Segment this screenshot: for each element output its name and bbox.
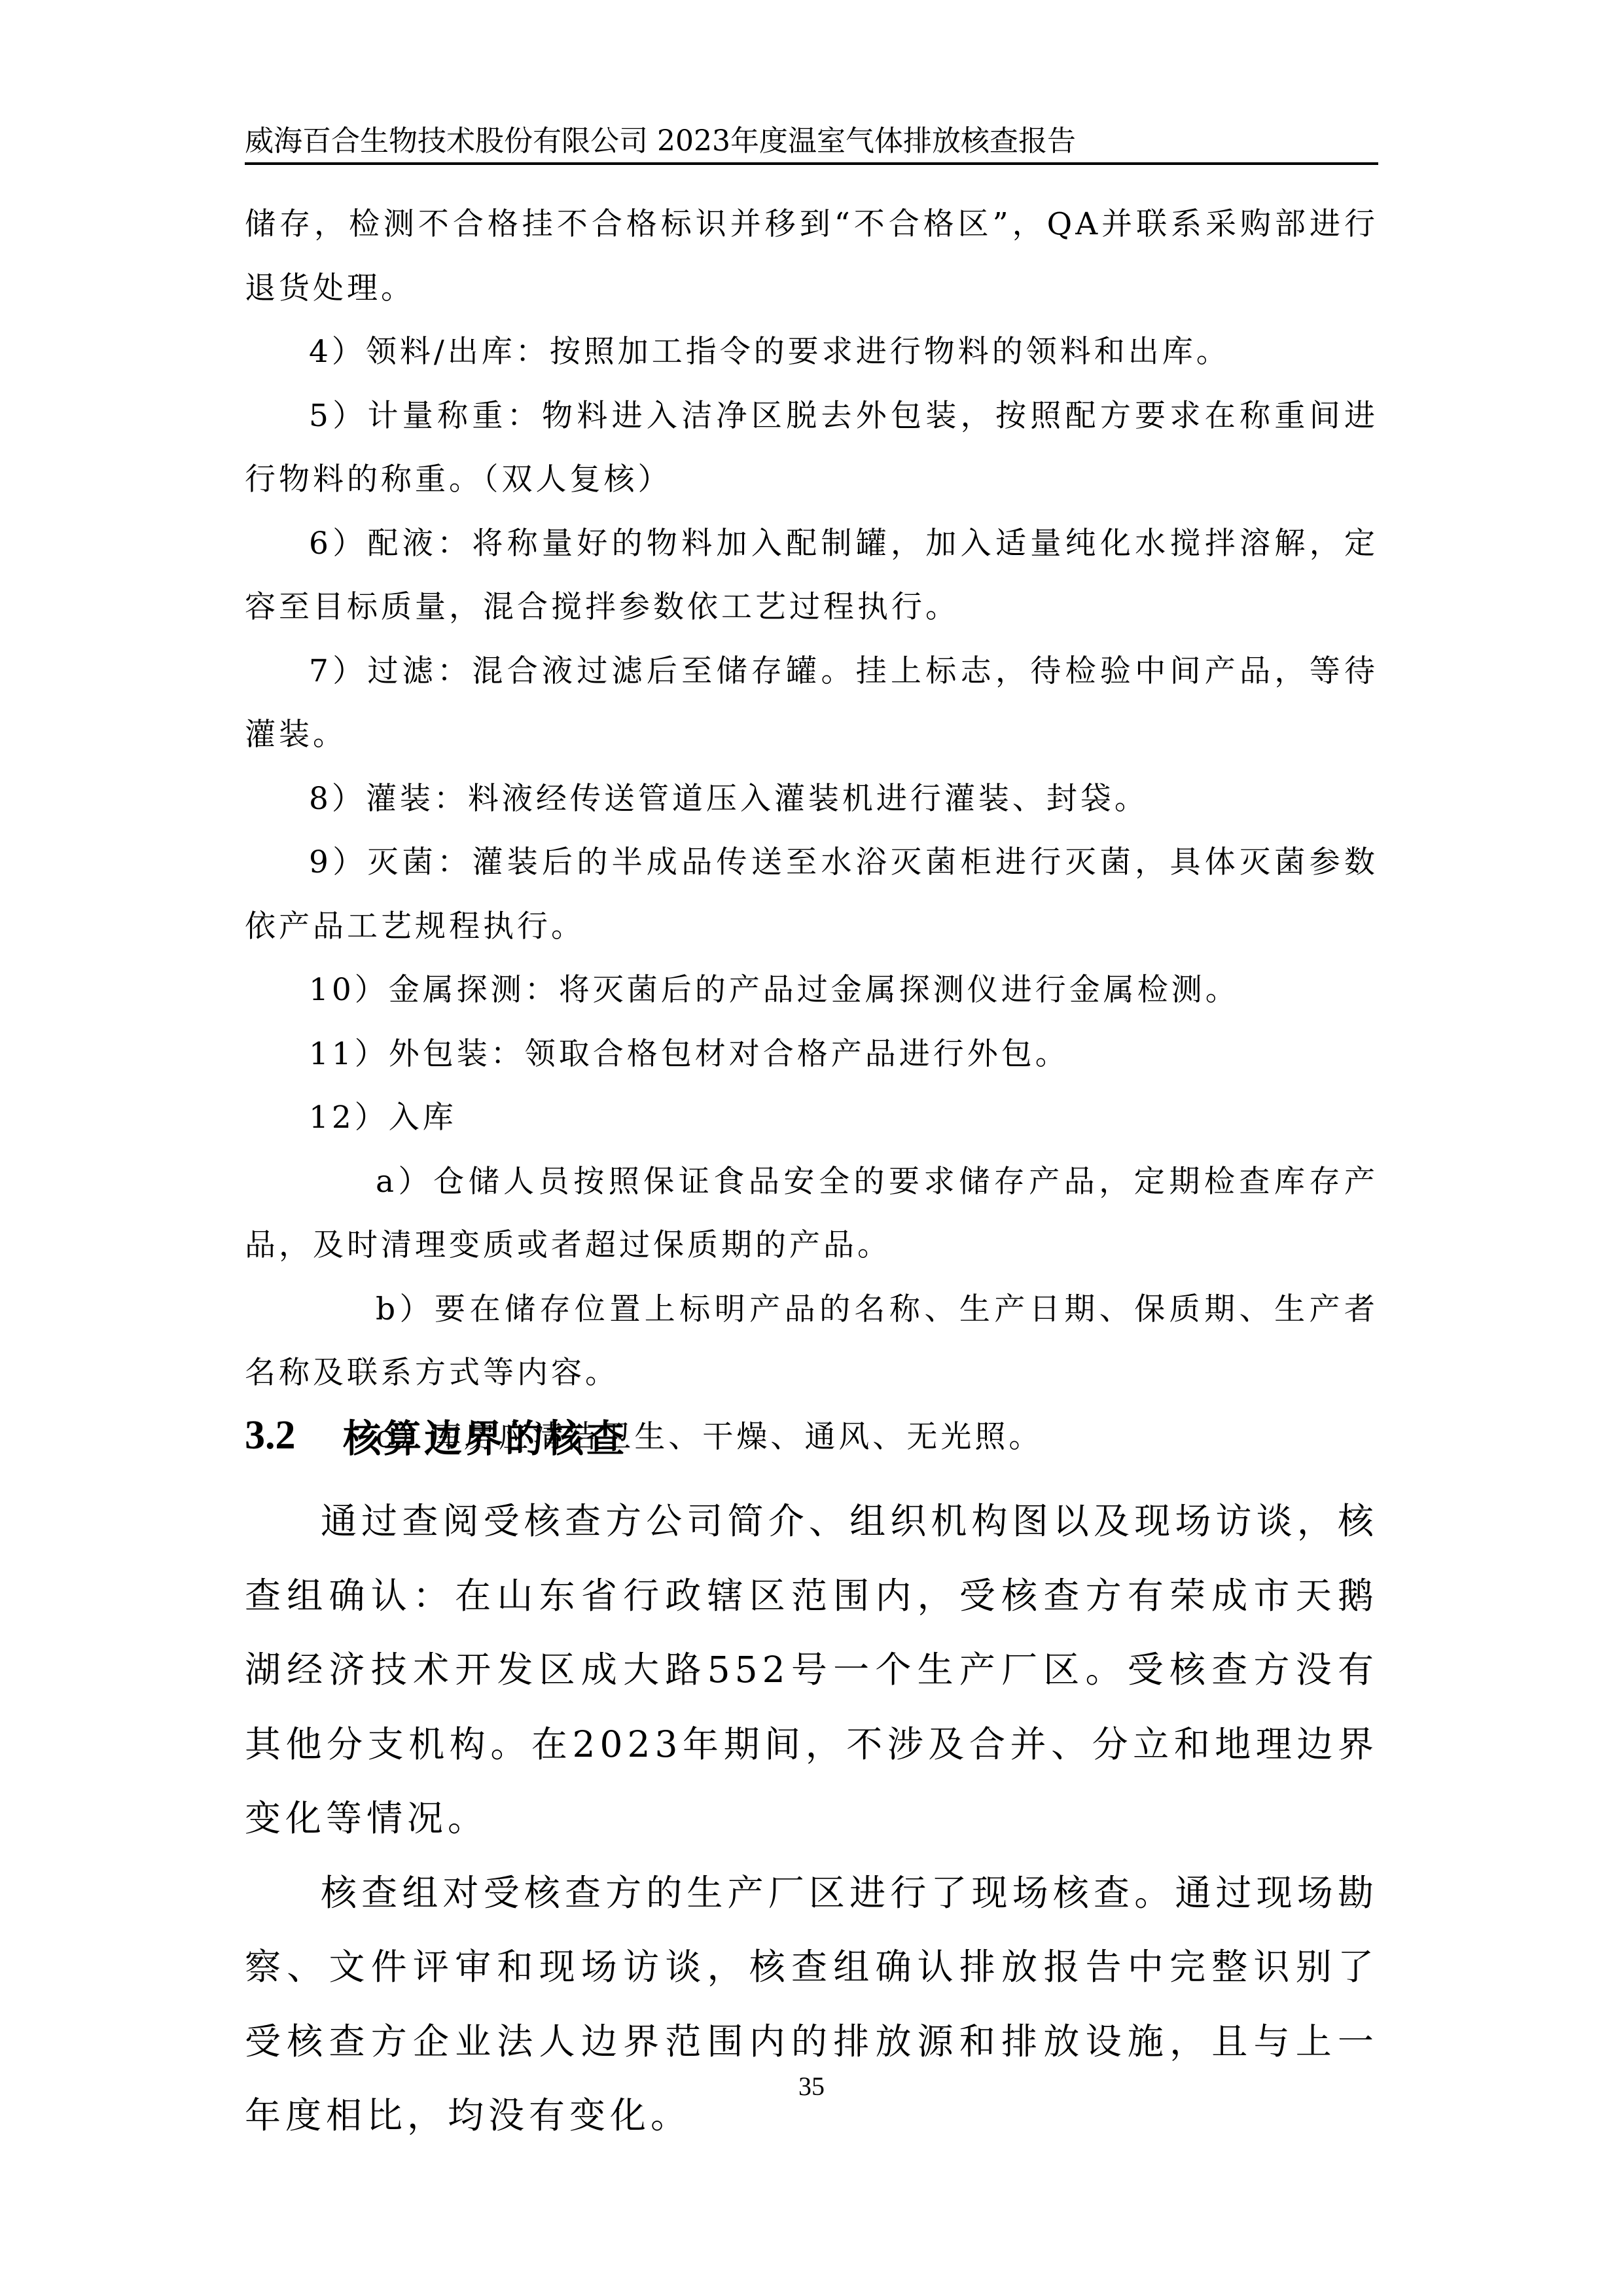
step-item: 11）外包装：领取合格包材对合格产品进行外包。 (245, 1022, 1378, 1086)
body-paragraph: 核查组对受核查方的生产厂区进行了现场核查。通过现场勘察、文件评审和现场访谈，核查… (245, 1856, 1378, 2153)
step-item: 5）计量称重：物料进入洁净区脱去外包装，按照配方要求在称重间进行物料的称重。（双… (245, 384, 1378, 512)
step-item: 12）入库 (245, 1086, 1378, 1150)
page-header: 威海百合生物技术股份有限公司 2023年度温室气体排放核查报告 (245, 122, 1378, 165)
step-item: 8）灌装：料液经传送管道压入灌装机进行灌装、封袋。 (245, 767, 1378, 831)
step-item: 10）金属探测：将灭菌后的产品过金属探测仪进行金属检测。 (245, 958, 1378, 1022)
step-item: 4）领料/出库：按照加工指令的要求进行物料的领料和出库。 (245, 320, 1378, 384)
storage-subitem: b）要在储存位置上标明产品的名称、生产日期、保质期、生产者名称及联系方式等内容。 (245, 1278, 1378, 1405)
step-item: 7）过滤：混合液过滤后至储存罐。挂上标志，待检验中间产品，等待灌装。 (245, 639, 1378, 767)
process-steps: 储存，检测不合格挂不合格标识并移到“不合格区”，QA并联系采购部进行退货处理。 … (245, 192, 1378, 1469)
storage-subitem: a）仓储人员按照保证食品安全的要求储存产品，定期检查库存产品，及时清理变质或者超… (245, 1150, 1378, 1278)
section-heading: 3.2 核算边界的核查 (245, 1406, 627, 1465)
page-number: 35 (0, 2072, 1623, 2101)
continuation-paragraph: 储存，检测不合格挂不合格标识并移到“不合格区”，QA并联系采购部进行退货处理。 (245, 192, 1378, 320)
step-item: 6）配液：将称量好的物料加入配制罐，加入适量纯化水搅拌溶解，定容至目标质量，混合… (245, 512, 1378, 639)
step-item: 9）灭菌：灌装后的半成品传送至水浴灭菌柜进行灭菌，具体灭菌参数依产品工艺规程执行… (245, 831, 1378, 958)
header-title: 威海百合生物技术股份有限公司 2023年度温室气体排放核查报告 (245, 124, 1076, 158)
section-title: 核算边界的核查 (343, 1408, 627, 1463)
section-body: 通过查阅受核查方公司简介、组织机构图以及现场访谈，核查组确认：在山东省行政辖区范… (245, 1484, 1378, 2153)
body-paragraph: 通过查阅受核查方公司简介、组织机构图以及现场访谈，核查组确认：在山东省行政辖区范… (245, 1484, 1378, 1856)
section-number: 3.2 (245, 1412, 343, 1459)
